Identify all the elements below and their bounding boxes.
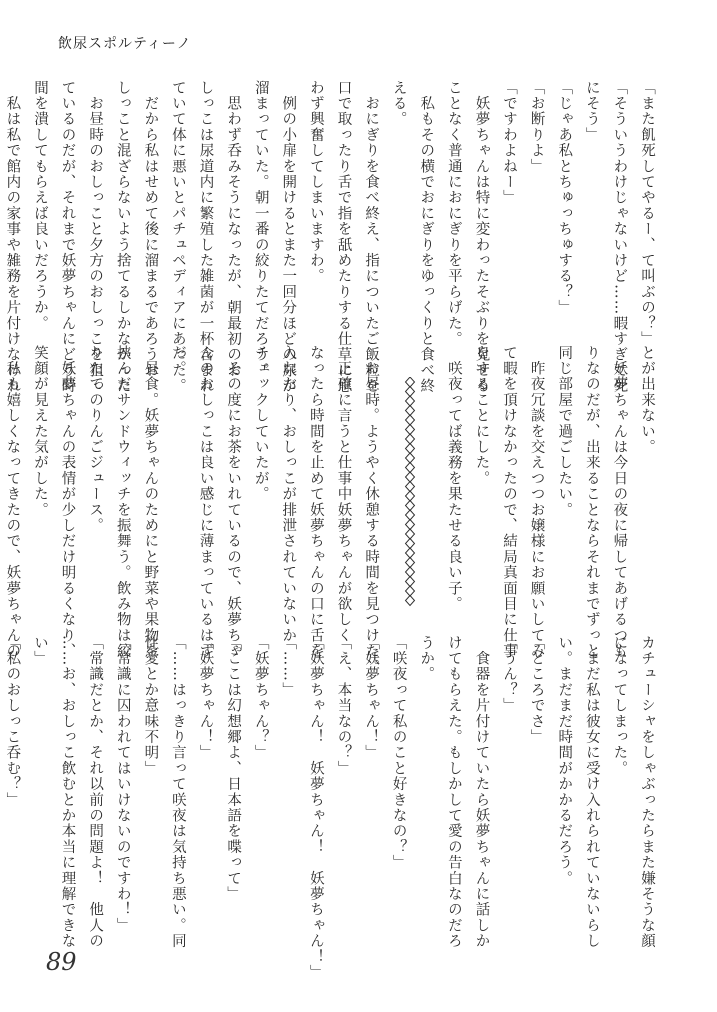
text-column: 「妖夢ちゃん？」: [246, 635, 274, 955]
text-column: 笑顔が見えた気がした。: [25, 345, 53, 615]
text-column: をすることにした。: [467, 345, 495, 615]
text-column: 「……はっきり言って咲夜は気持ち悪い。同: [163, 635, 191, 955]
text-column: にそう」: [577, 80, 605, 340]
text-column: になってしまった。: [605, 635, 633, 955]
text-column: ことなく普通におにぎりを平らげた。: [439, 80, 467, 340]
text-column: 挟んだサンドウィッチを振舞う。飲み物は絞: [108, 345, 136, 615]
text-column: りなのだが、出来ることならそれまでずっと: [577, 345, 605, 615]
text-column: 「うん？」: [494, 635, 522, 955]
text-column: 「私のおしっこ呑む？」: [0, 635, 25, 955]
text-column: しっこは尿道内に繁殖した雑菌が一杯含まれ: [191, 80, 219, 340]
text-column: なったら時間を止めて妖夢ちゃんの口に舌を: [301, 345, 329, 615]
text-column: しっこと混ざらないよう捨てるしかなかった: [108, 80, 136, 340]
text-column: 例の小扉を開けるとまた一回分ほどの尿が: [274, 80, 302, 340]
text-column: 「……」: [274, 635, 302, 955]
text-column: 「え、本当なの？」: [329, 635, 357, 955]
text-column: 咲夜ってば義務を果たせる良い子。: [439, 345, 467, 615]
text-column: おにぎりを食べ終え、指についたご飯粒を: [356, 80, 384, 340]
text-column: 「妖夢ちゃん！ 妖夢ちゃん！ 妖夢ちゃん！」: [301, 635, 329, 955]
text-column: その度にお茶をいれているので、妖夢ちゃ: [219, 345, 247, 615]
text-column: 「妖夢ちゃん！」: [356, 635, 384, 955]
text-column: 「妖夢ちゃん！」: [191, 635, 219, 955]
text-column: とが出来ない。: [632, 345, 660, 615]
running-header-title: 飲尿スポルティーノ: [58, 33, 192, 53]
text-column: 「そういうわけじゃないけど……暇すぎて死: [605, 80, 633, 340]
text-column: 性愛とか意味不明」: [136, 635, 164, 955]
text-column: 思わず呑みそうになったが、朝最初のお: [219, 80, 247, 340]
text-column: 溜まっていた。朝一番の絞りたてだろう。: [246, 80, 274, 340]
text-column: 私は私で館内の家事や雑務を片付けなけれ: [0, 80, 25, 340]
text-column: ……お、おしっこ飲むとか本当に理解できな: [53, 635, 81, 955]
text-column: 「お断りよ」: [522, 80, 550, 340]
text-column: 同じ部屋で過ごしたい。: [550, 345, 578, 615]
text-column: お昼時。ようやく休憩する時間を見つけた。: [356, 345, 384, 615]
text-column: い。まだまだ時間がかかるだろう。: [550, 635, 578, 955]
text-column: い」: [25, 635, 53, 955]
text-column: える。: [384, 80, 412, 340]
text-column: 「じゃあ私とちゅっちゅする？」: [550, 80, 578, 340]
text-column: 私も嬉しくなってきたので、妖夢ちゃんの: [0, 345, 25, 615]
text-column: 間を潰してもらえば良いだろうか。: [25, 80, 53, 340]
text-column: 口で取ったり舌で指を舐めたりする仕草に思: [329, 80, 357, 340]
text-column: わず興奮してしまいますわ。: [301, 80, 329, 340]
text-column: 食器を片付けていたら妖夢ちゃんに話しか: [467, 635, 495, 955]
text-tier-middle: とが出来ない。 妖夢ちゃんは今日の夜に帰してあげるつもりなのだが、出来ることなら…: [0, 345, 660, 615]
text-column: 「咲夜って私のこと好きなの？」: [384, 635, 412, 955]
text-column: 昼食。妖夢ちゃんのためにと野菜や果物を: [136, 345, 164, 615]
text-column: 妖夢ちゃんの表情が少しだけ明るくなり、: [53, 345, 81, 615]
text-column: んのおしっこは良い感じに薄まっているはず: [191, 345, 219, 615]
text-column: だから私はせめて後に溜まるであろうお: [136, 80, 164, 340]
text-column: お昼時のおしっこと夕方のおしっこを狙っ: [81, 80, 109, 340]
text-column: うか。: [412, 635, 440, 955]
text-column: ているのだが、それまで妖夢ちゃんにどう時: [53, 80, 81, 340]
text-column: 「ここは幻想郷よ、日本語を喋って」: [219, 635, 247, 955]
text-column: 「ですわよねー」: [494, 80, 522, 340]
text-column: 正確に言うと仕事中妖夢ちゃんが欲しく: [329, 345, 357, 615]
text-tier-upper: 「また飢死してやるー、て叫ぶの？」「そういうわけじゃないけど……暇すぎて死にそう…: [0, 80, 660, 340]
text-column: りたてのりんごジュース。: [81, 345, 109, 615]
text-column: けてもらえた。もしかして愛の告白なのだろ: [439, 635, 467, 955]
text-column: て暇を頂けなかったので、結局真面目に仕事: [494, 345, 522, 615]
text-column: まだ私は彼女に受け入れられていないらし: [577, 635, 605, 955]
page-number: 89: [46, 948, 77, 976]
text-column: 「常識に囚われてはいけないのですわ！」: [108, 635, 136, 955]
text-column: 私もその横でおにぎりをゆっくりと食べ終: [412, 80, 440, 340]
text-tier-lower: カチューシャをしゃぶったらまた嫌そうな顔になってしまった。 まだ私は彼女に受け入…: [0, 635, 660, 955]
text-column: ていて体に悪いとパチュペディアにあった。: [163, 80, 191, 340]
text-column: 昨夜冗談を交えつつお嬢様にお願いしてみ: [522, 345, 550, 615]
text-column: 「ところでさ」: [522, 635, 550, 955]
text-column: 「常識だとか、それ以前の問題よ！ 他人の: [81, 635, 109, 955]
text-column: カチューシャをしゃぶったらまた嫌そうな顔: [632, 635, 660, 955]
text-column: 妖夢ちゃんは特に変わったそぶりを見せる: [467, 80, 495, 340]
text-column: 妖夢ちゃんは今日の夜に帰してあげるつも: [605, 345, 633, 615]
diamond-icon: [404, 377, 416, 607]
text-column: 入れたり、おしっこが排泄されていないか: [274, 345, 302, 615]
text-column: チェックしていたが。: [246, 345, 274, 615]
text-column: だ。: [163, 345, 191, 615]
scene-break-diamond-chain: [404, 377, 416, 605]
text-column: 「また飢死してやるー、て叫ぶの？」: [632, 80, 660, 340]
